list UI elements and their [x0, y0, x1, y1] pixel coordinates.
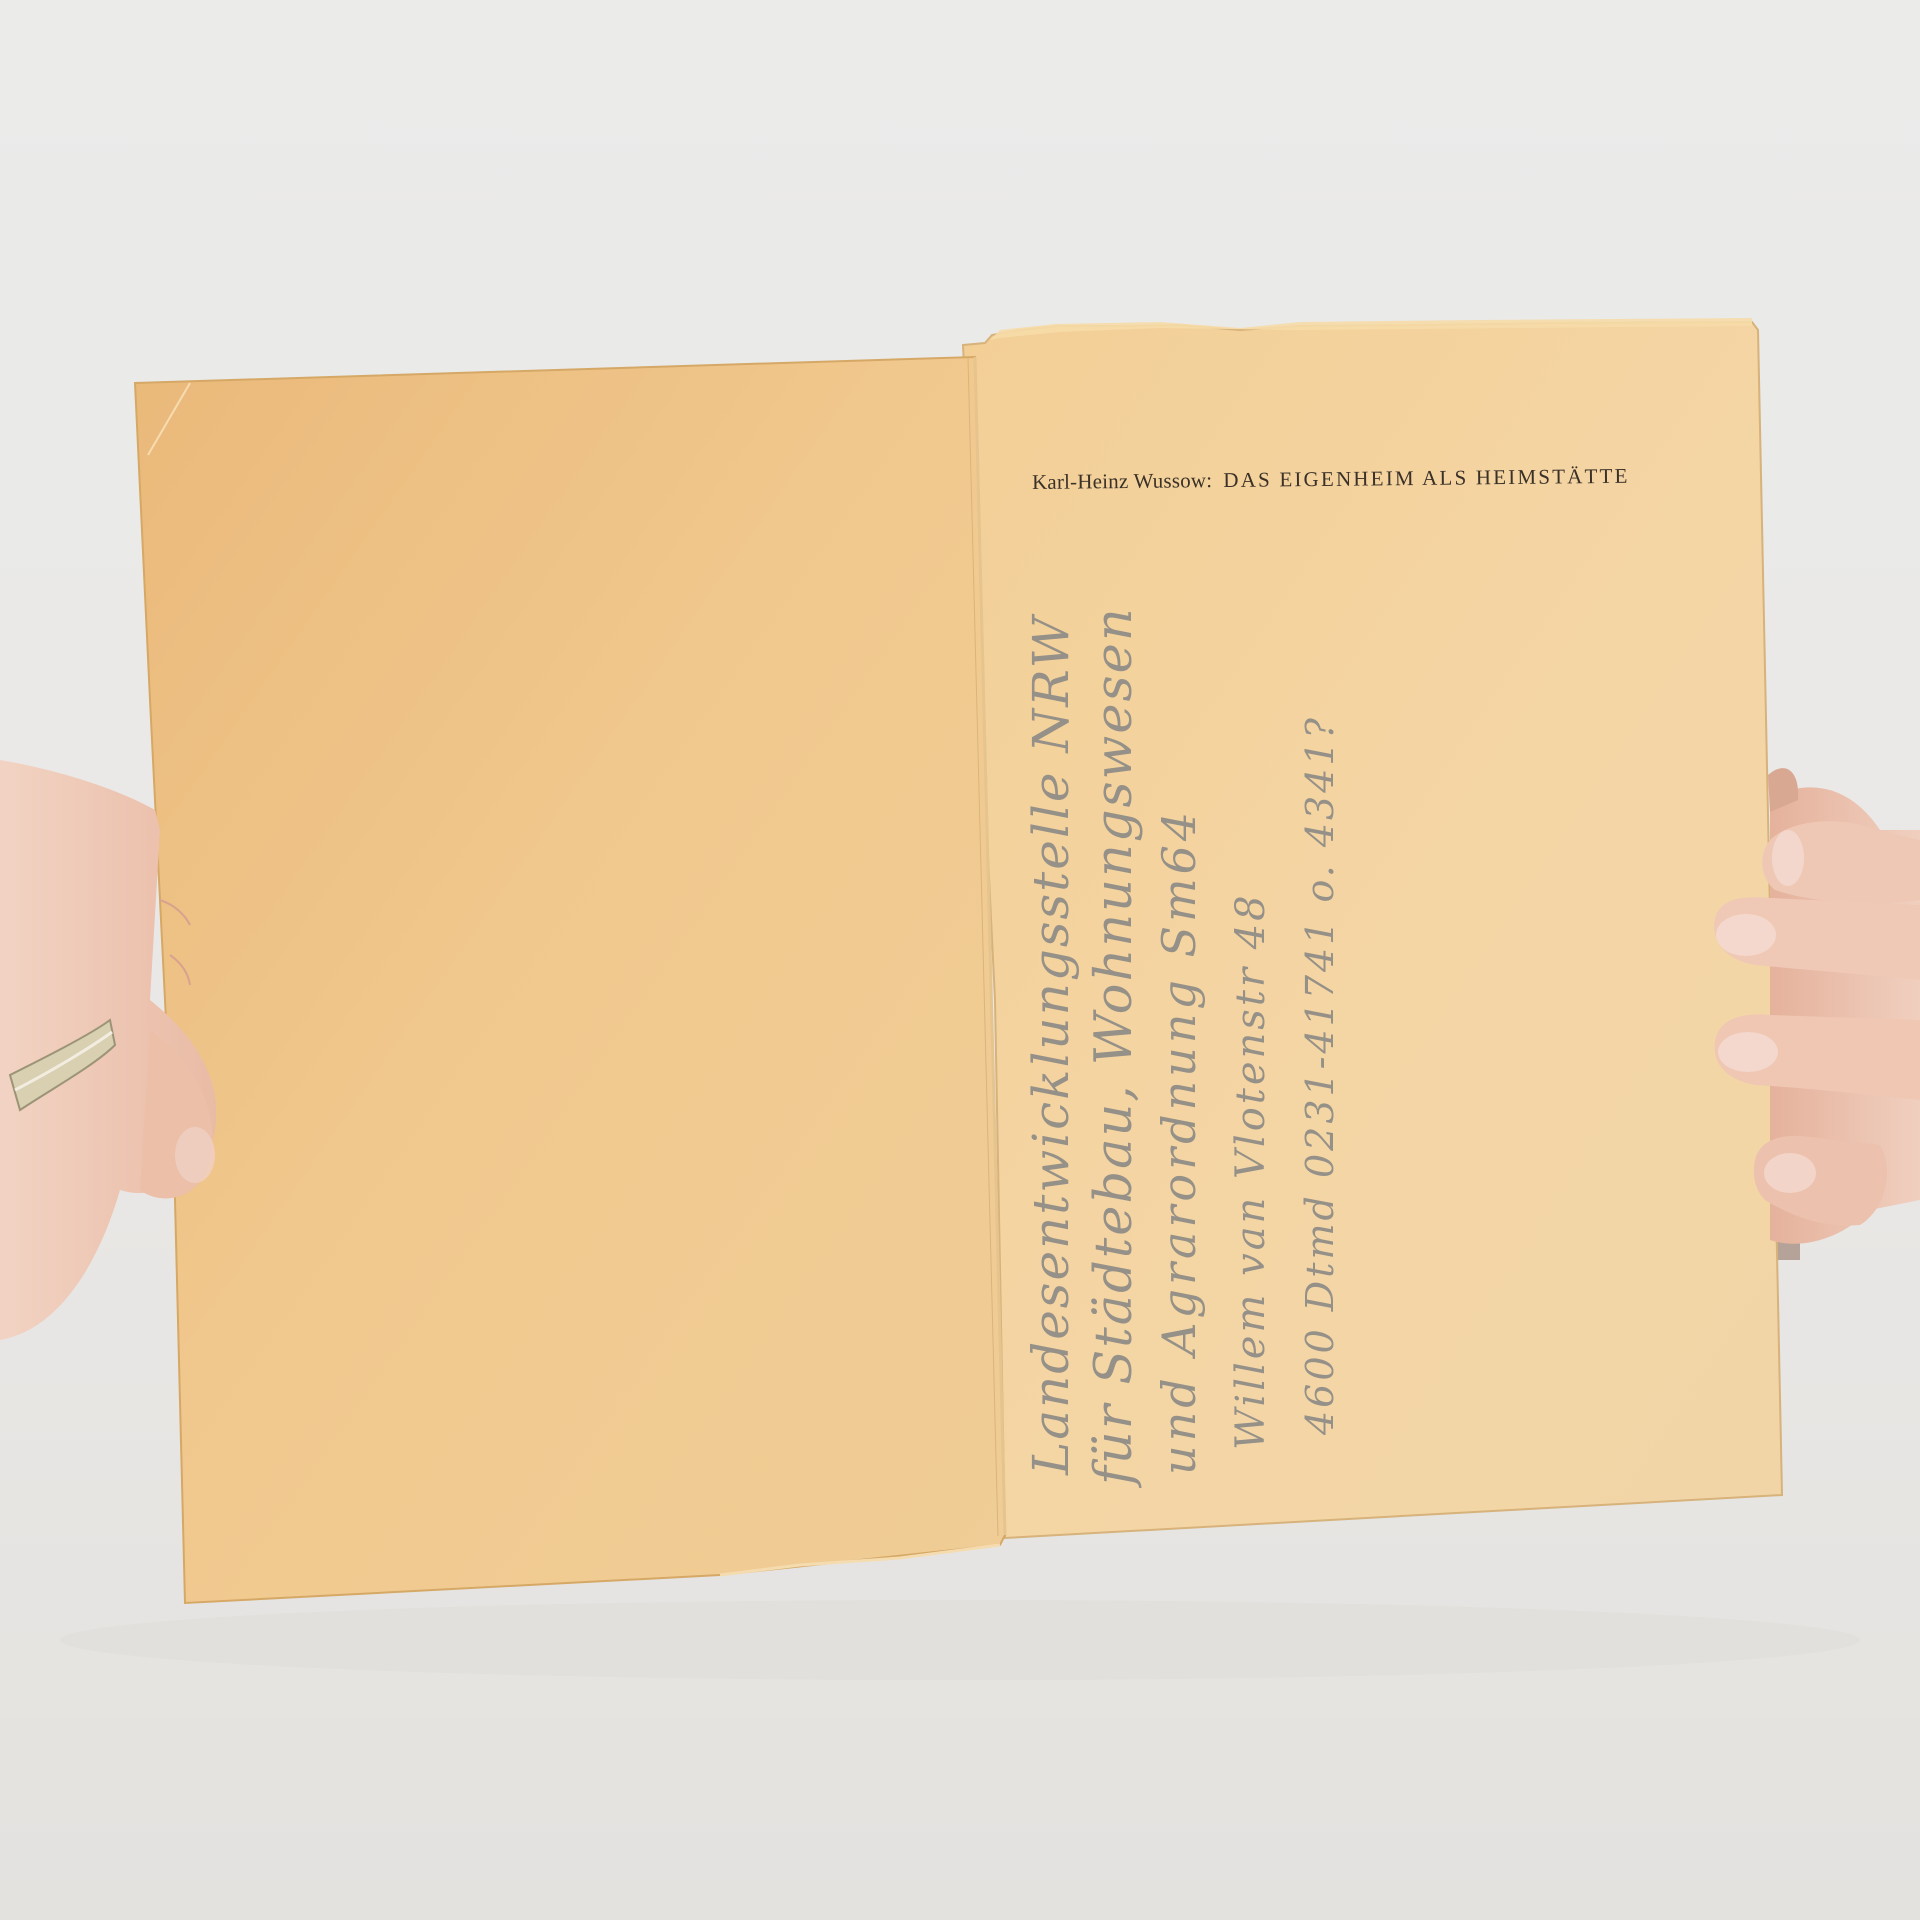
photo-scene: Karl-Heinz Wussow: DAS EIGENHEIM ALS HEI…: [0, 0, 1920, 1920]
handwritten-line-1: Landesentwicklungsstelle NRW: [1022, 615, 1080, 1475]
handwritten-line-5: 4600 Dtmd 0231-41741 o. 4341?: [1298, 715, 1342, 1435]
left-page: [135, 357, 1005, 1603]
handwritten-line-3: und Agrarordnung Sm64: [1152, 808, 1206, 1475]
handwritten-line-4: Willem van Vlotenstr 48: [1228, 892, 1274, 1450]
book-illustration: [0, 0, 1920, 1920]
handwritten-line-2: für Städtebau, Wohnungswesen: [1085, 606, 1144, 1485]
book-title: DAS EIGENHEIM ALS HEIMSTÄTTE: [1223, 464, 1630, 492]
book-author: Karl-Heinz Wussow:: [1032, 468, 1212, 494]
